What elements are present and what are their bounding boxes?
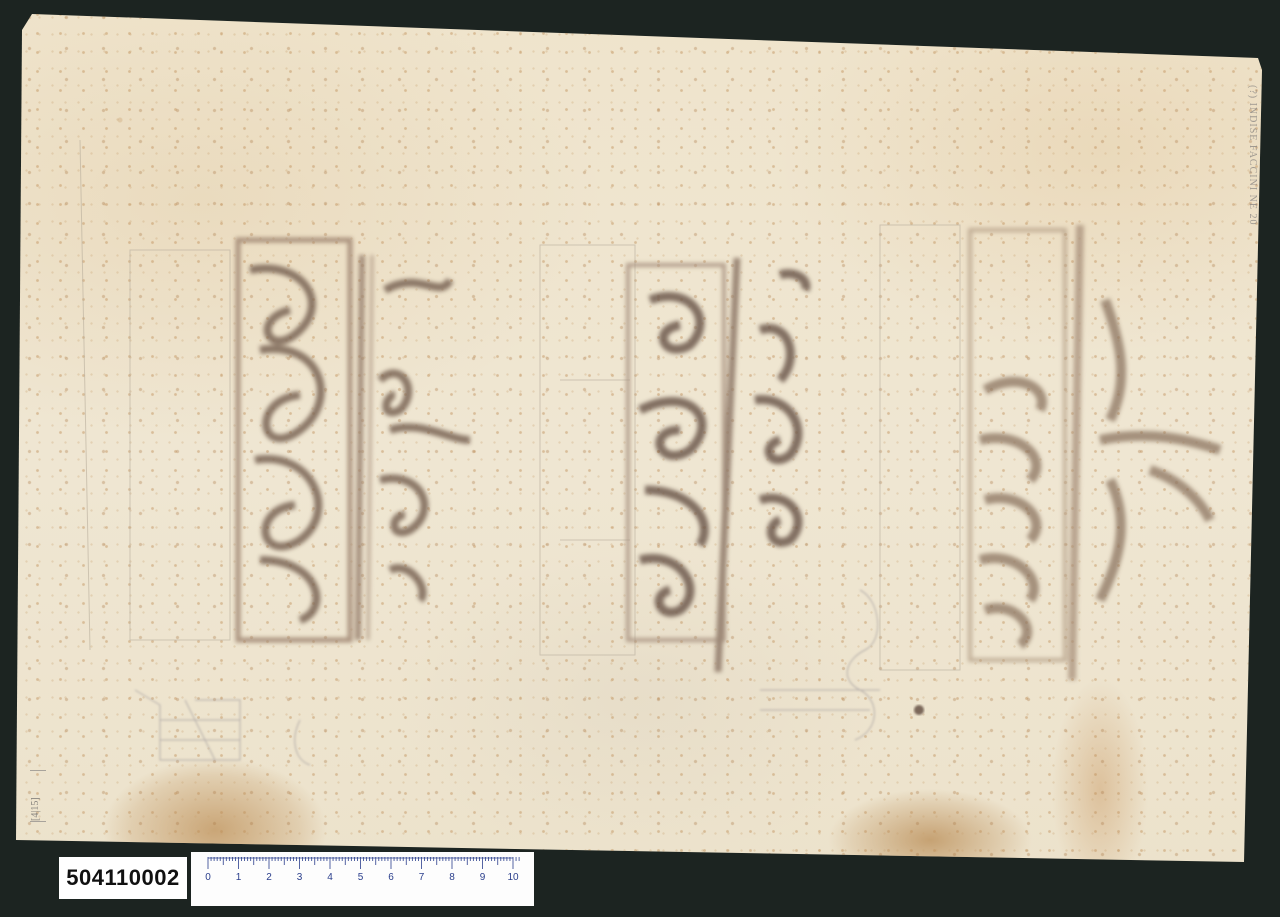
paper-sheet: (?) INDISE FACCINI NE 20 [4|15] <box>0 0 1280 917</box>
svg-text:0: 0 <box>205 872 211 883</box>
svg-text:3: 3 <box>297 872 303 883</box>
left-frieze-sketch <box>238 240 470 640</box>
catalog-id-label: 504110002 <box>59 857 187 899</box>
vertical-annotation: (?) INDISE FACCINI NE 20 <box>1238 85 1258 285</box>
svg-text:4: 4 <box>327 872 333 883</box>
bracket-annotation: [4|15] <box>30 770 46 822</box>
right-frieze-sketch <box>970 225 1220 680</box>
scale-ruler: 012345678910 <box>191 852 534 906</box>
svg-text:5: 5 <box>358 872 364 883</box>
svg-text:8: 8 <box>449 872 455 883</box>
svg-text:2: 2 <box>266 872 272 883</box>
ornament-drawings <box>0 0 1280 917</box>
svg-text:9: 9 <box>480 872 486 883</box>
svg-text:1: 1 <box>236 872 242 883</box>
svg-text:10: 10 <box>507 872 519 883</box>
svg-text:7: 7 <box>419 872 425 883</box>
svg-text:6: 6 <box>388 872 394 883</box>
center-frieze-sketch <box>628 258 806 672</box>
scanned-artwork-scene: (?) INDISE FACCINI NE 20 [4|15] 50411000… <box>0 0 1280 917</box>
